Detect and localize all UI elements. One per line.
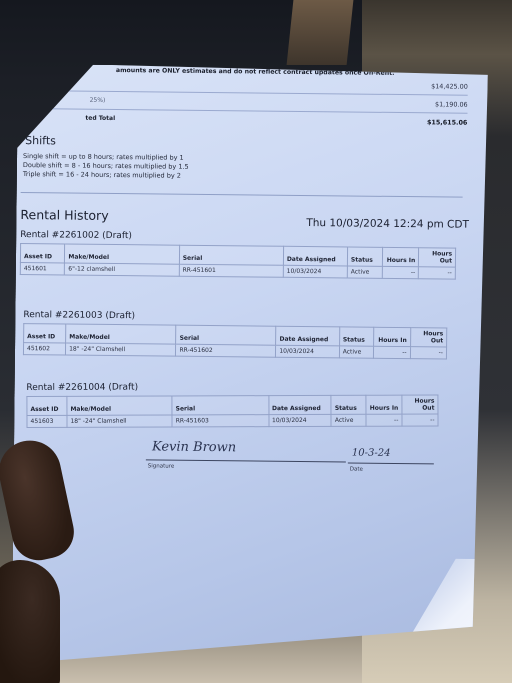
rental-document: amounts are ONLY estimates and do not re… [12, 64, 488, 669]
rental-title: Rental #2261004 (Draft) [26, 382, 438, 393]
rental-table: Asset ID Make/Model Serial Date Assigned… [20, 243, 456, 280]
rental-block: Rental #2261004 (Draft) Asset ID Make/Mo… [26, 382, 438, 428]
rental-table: Asset ID Make/Model Serial Date Assigned… [23, 323, 447, 359]
shifts-heading: Shifts [25, 134, 56, 147]
rental-block: Rental #2261003 (Draft) Asset ID Make/Mo… [23, 310, 447, 359]
subtotal-value: $14,425.00 [431, 82, 468, 90]
rental-title: Rental #2261002 (Draft) [20, 230, 456, 245]
summary-row-total: ted Total $15,615.06 [17, 110, 467, 131]
rental-block: Rental #2261002 (Draft) Asset ID Make/Mo… [20, 230, 456, 280]
signature-line [146, 459, 346, 462]
table-row: 451603 18" -24" Clamshell RR-451603 10/0… [27, 414, 438, 427]
hand [0, 560, 60, 683]
signature-handwriting: Kevin Brown [152, 439, 236, 455]
shift-line-triple: Triple shift = 16 - 24 hours; rates mult… [23, 170, 181, 180]
date-handwriting: 10-3-24 [352, 448, 391, 459]
date-line [348, 462, 434, 464]
background-object [287, 0, 354, 65]
shift-line-single: Single shift = up to 8 hours; rates mult… [23, 152, 184, 162]
rental-history-title: Rental History [20, 207, 108, 223]
date-label: Date [350, 466, 363, 472]
rental-history-datetime: Thu 10/03/2024 12:24 pm CDT [306, 217, 469, 231]
total-value: $15,615.06 [427, 118, 468, 126]
rental-table: Asset ID Make/Model Serial Date Assigned… [26, 395, 438, 428]
divider [21, 192, 463, 198]
tax-value: $1,190.06 [435, 100, 468, 108]
signature-label: Signature [148, 463, 175, 469]
rental-title: Rental #2261003 (Draft) [23, 310, 447, 324]
